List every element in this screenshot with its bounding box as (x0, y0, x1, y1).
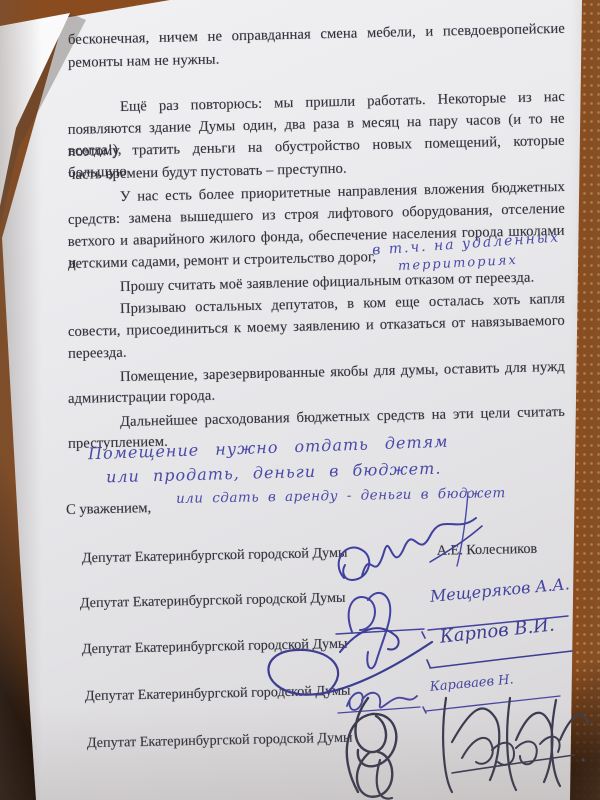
signatory-name: А.Е. Колесников (437, 541, 538, 560)
closing-salutation: С уважением, (66, 500, 152, 519)
document-photo: бесконечная, ничем не оправданная смена … (0, 0, 600, 800)
